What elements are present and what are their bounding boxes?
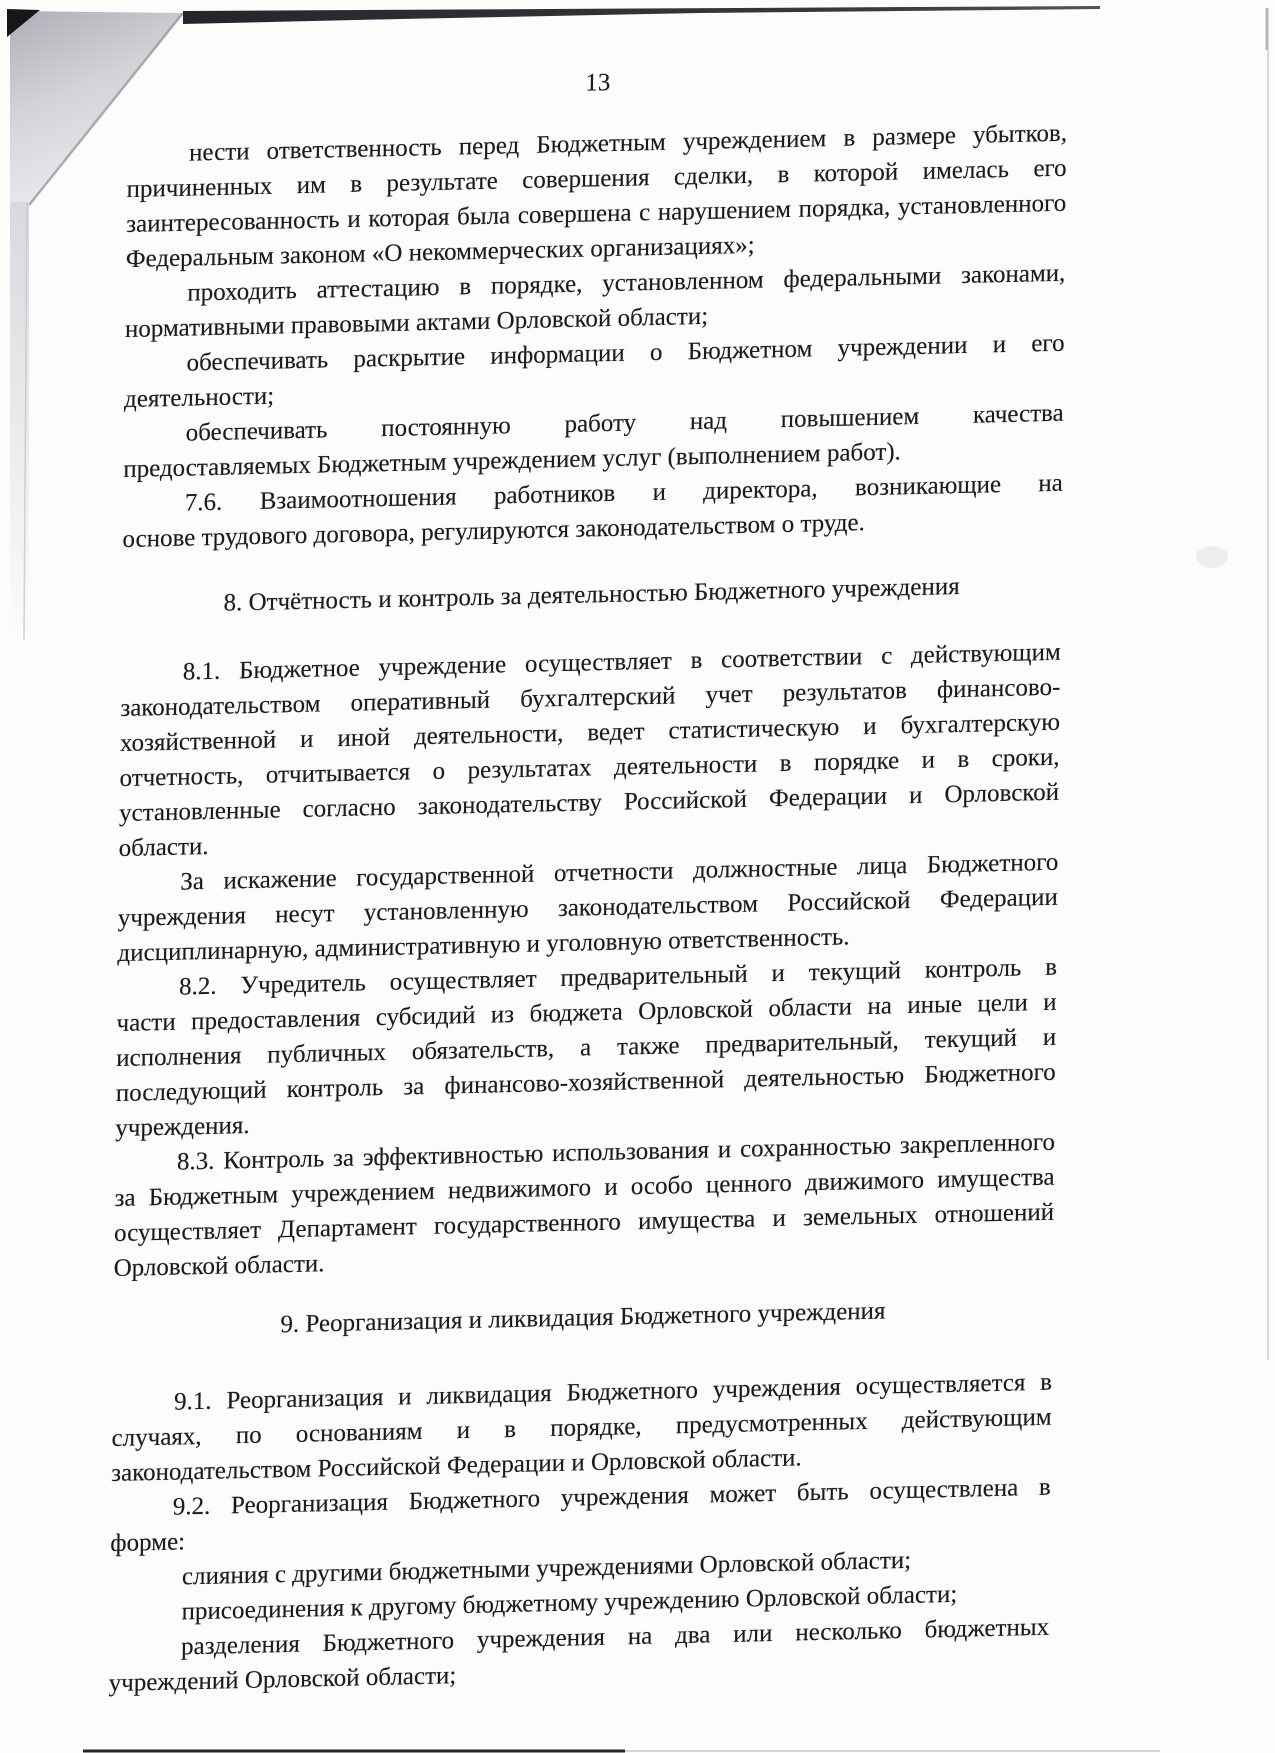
paragraph-8-1-accounting: 8.1. Бюджетное учреждение осуществляет в… — [119, 635, 1062, 866]
document-text-block: 13 нести ответственность перед Бюджетным… — [109, 55, 1069, 1701]
heading-section-9: 9. Реорганизация и ликвидация Бюджетного… — [113, 1290, 1053, 1346]
heading-section-8: 8. Отчётность и контроль за деятельность… — [121, 567, 1061, 623]
scanned-document-page: 13 нести ответственность перед Бюджетным… — [0, 0, 1275, 1753]
paragraph-8-2-founder-control: 8.2. Учредитель осуществляет предварител… — [115, 950, 1057, 1146]
paragraph-director-liability: нести ответственность перед Бюджетным уч… — [126, 116, 1068, 277]
scan-artifact-smudge — [1196, 546, 1228, 568]
scan-artifact-left-edge-line — [24, 202, 27, 640]
scan-artifact-left-edge-strip — [10, 202, 29, 642]
paragraph-8-3-property-control: 8.3. Контроль за эффективностью использо… — [113, 1125, 1055, 1286]
scan-artifact-corner-black-wedge — [7, 9, 40, 37]
scan-artifact-top-edge-band — [183, 6, 1100, 24]
page-number: 13 — [128, 55, 1068, 111]
